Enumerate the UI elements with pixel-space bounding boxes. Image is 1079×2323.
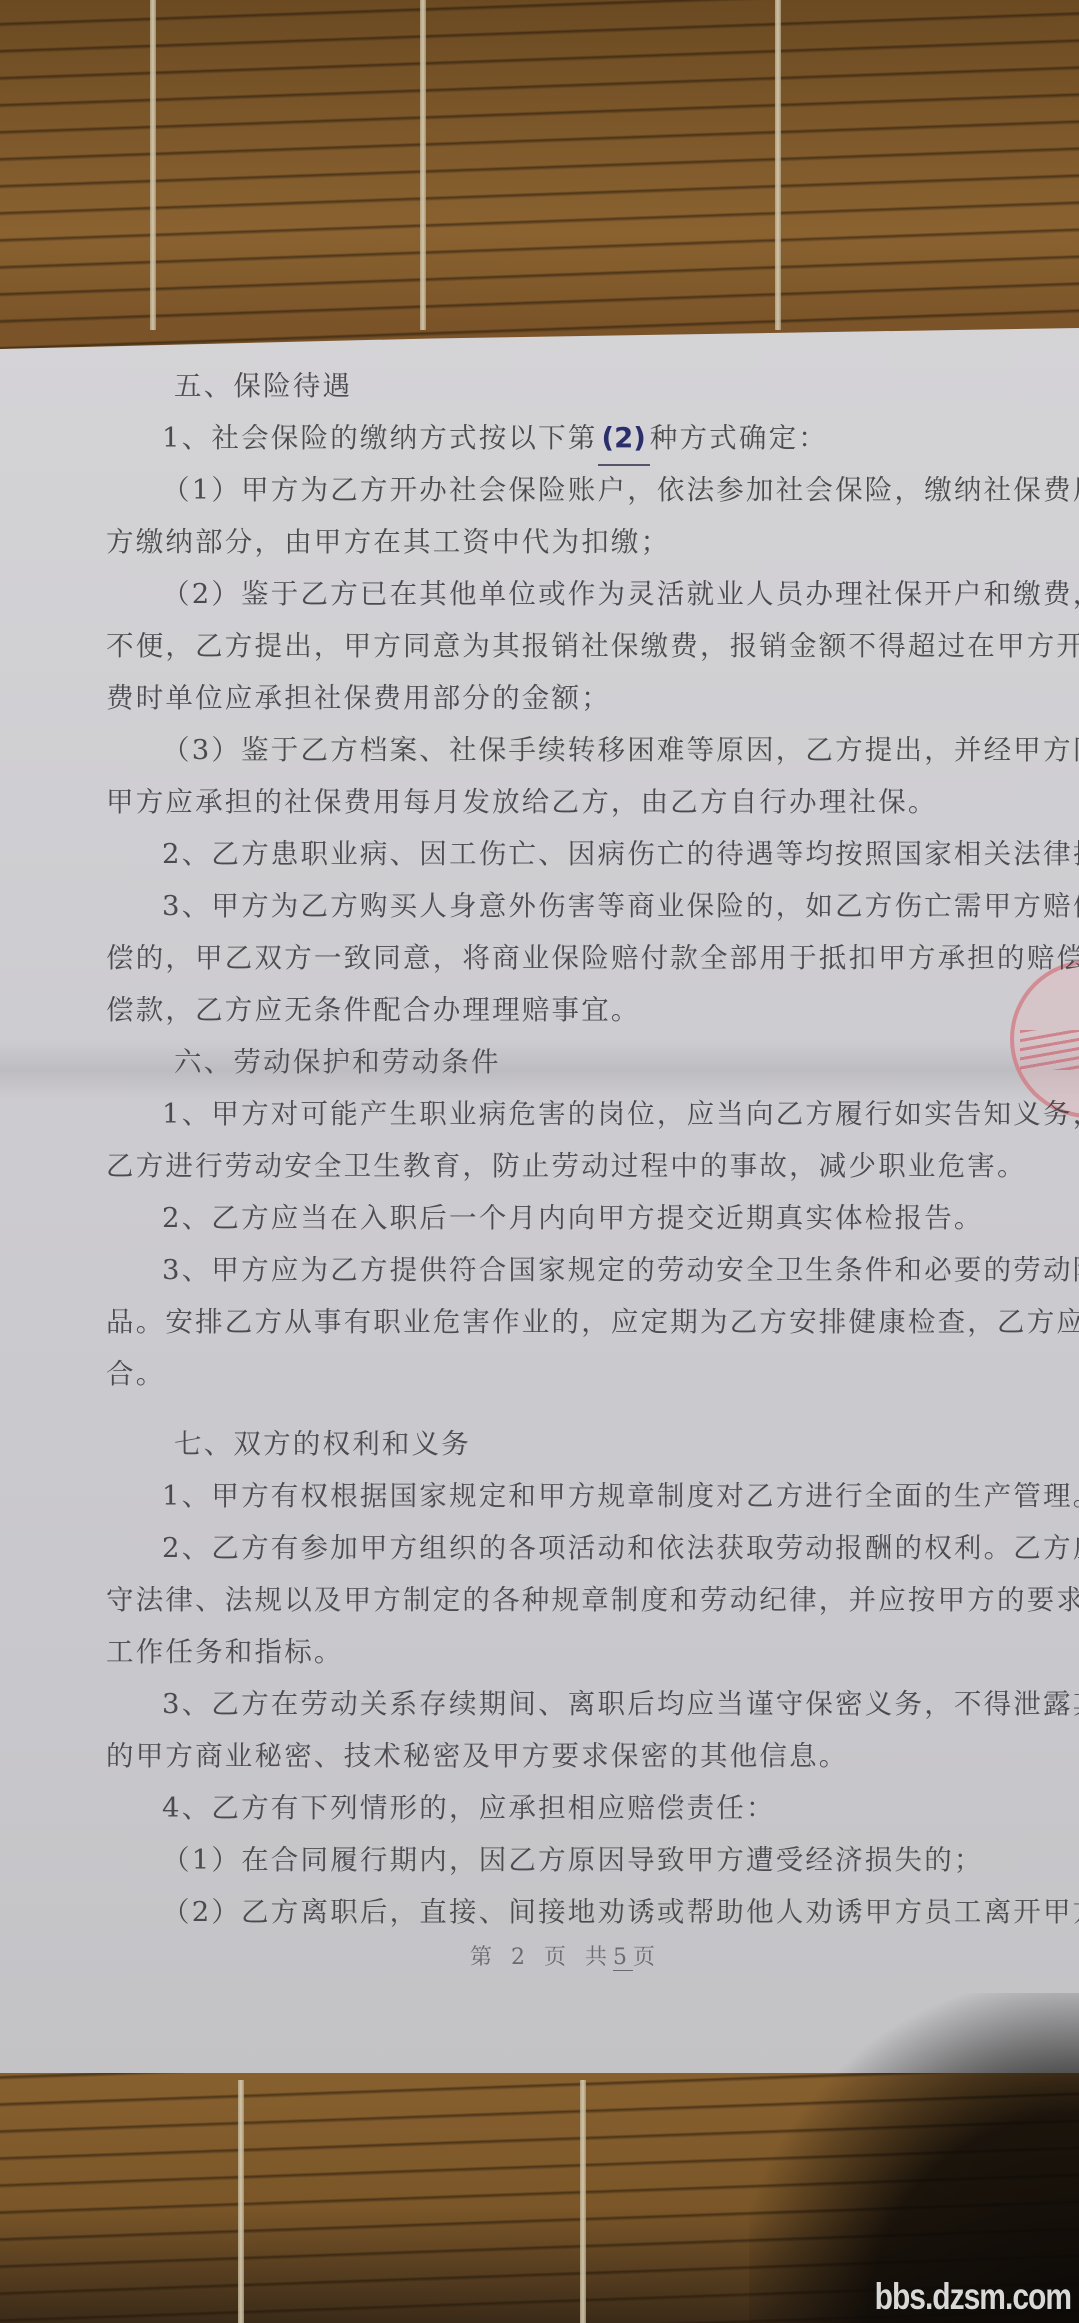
clause-line: （1）甲方为乙方开办社会保险账户，依法参加社会保险，缴纳社保费用。乙 [106,464,966,516]
clause-line: 方缴纳部分，由甲方在其工资中代为扣缴； [106,516,966,568]
current-page-number: 2 [511,1945,531,1970]
clause-line: 工作任务和指标。 [106,1626,966,1678]
mat-string [420,0,426,330]
clause-line: 守法律、法规以及甲方制定的各种规章制度和劳动纪律，并应按甲方的要求完成 [106,1574,966,1626]
clause-line: 2、乙方应当在入职后一个月内向甲方提交近期真实体检报告。 [106,1192,966,1244]
red-seal-stamp-detail [1020,1030,1079,1070]
clause-line: 2、乙方有参加甲方组织的各项活动和依法获取劳动报酬的权利。乙方应当遵 [106,1522,966,1574]
footer-mid: 页 共 [544,1945,613,1970]
clause-line: 偿的，甲乙双方一致同意，将商业保险赔付款全部用于抵扣甲方承担的赔偿或补 [106,932,966,984]
handwritten-option-number: (2) [598,412,650,466]
clause-line: （2）乙方离职后，直接、间接地劝诱或帮助他人劝诱甲方员工离开甲方，给 [106,1886,966,1938]
clause-text: 1、社会保险的缴纳方式按以下第 [162,422,598,454]
clause-line: 费时单位应承担社保费用部分的金额； [106,672,966,724]
clause-line: 不便，乙方提出，甲方同意为其报销社保缴费，报销金额不得超过在甲方开户缴 [106,620,966,672]
page-number-footer: 第 2 页 共5页 [470,1940,661,1971]
clause-line: 3、甲方应为乙方提供符合国家规定的劳动安全卫生条件和必要的劳动防护用 [106,1244,966,1296]
clause-line: 合。 [106,1348,966,1400]
clause-line: （1）在合同履行期内，因乙方原因导致甲方遭受经济损失的； [106,1834,966,1886]
contract-body: 五、保险待遇1、社会保险的缴纳方式按以下第(2)种方式确定：（1）甲方为乙方开办… [106,360,966,1938]
spacer [106,1400,966,1418]
footer-prefix: 第 [470,1945,498,1970]
site-watermark: bbs.dzsm.com [875,2277,1071,2320]
clause-line: 偿款，乙方应无条件配合办理理赔事宜。 [106,984,966,1036]
clause-line: 乙方进行劳动安全卫生教育，防止劳动过程中的事故，减少职业危害。 [106,1140,966,1192]
footer-suffix: 页 [633,1945,661,1970]
clause-line: 甲方应承担的社保费用每月发放给乙方，由乙方自行办理社保。 [106,776,966,828]
clause-line: 3、甲方为乙方购买人身意外伤害等商业保险的，如乙方伤亡需甲方赔偿或补 [106,880,966,932]
clause-line: 1、甲方有权根据国家规定和甲方规章制度对乙方进行全面的生产管理。 [106,1470,966,1522]
clause-line: 1、社会保险的缴纳方式按以下第(2)种方式确定： [106,412,966,464]
mat-string [775,0,781,330]
clause-line: （2）鉴于乙方已在其他单位或作为灵活就业人员办理社保开户和缴费，转出 [106,568,966,620]
section-heading: 五、保险待遇 [106,360,966,412]
clause-line: （3）鉴于乙方档案、社保手续转移困难等原因，乙方提出，并经甲方同意将 [106,724,966,776]
mat-string [238,2080,244,2323]
mat-string [150,0,156,330]
corner-shadow [749,1993,1079,2323]
clause-line: 品。安排乙方从事有职业危害作业的，应定期为乙方安排健康检查，乙方应予配 [106,1296,966,1348]
section-heading: 六、劳动保护和劳动条件 [106,1036,966,1088]
section-heading: 七、双方的权利和义务 [106,1418,966,1470]
clause-text: 种方式确定： [650,422,828,454]
clause-line: 4、乙方有下列情形的，应承担相应赔偿责任： [106,1782,966,1834]
clause-line: 1、甲方对可能产生职业病危害的岗位，应当向乙方履行如实告知义务，并对 [106,1088,966,1140]
mat-string [580,2080,586,2323]
clause-line: 的甲方商业秘密、技术秘密及甲方要求保密的其他信息。 [106,1730,966,1782]
clause-line: 3、乙方在劳动关系存续期间、离职后均应当谨守保密义务，不得泄露其知悉 [106,1678,966,1730]
clause-line: 2、乙方患职业病、因工伤亡、因病伤亡的待遇等均按照国家相关法律执行。 [106,828,966,880]
total-pages-number: 5 [613,1945,633,1971]
